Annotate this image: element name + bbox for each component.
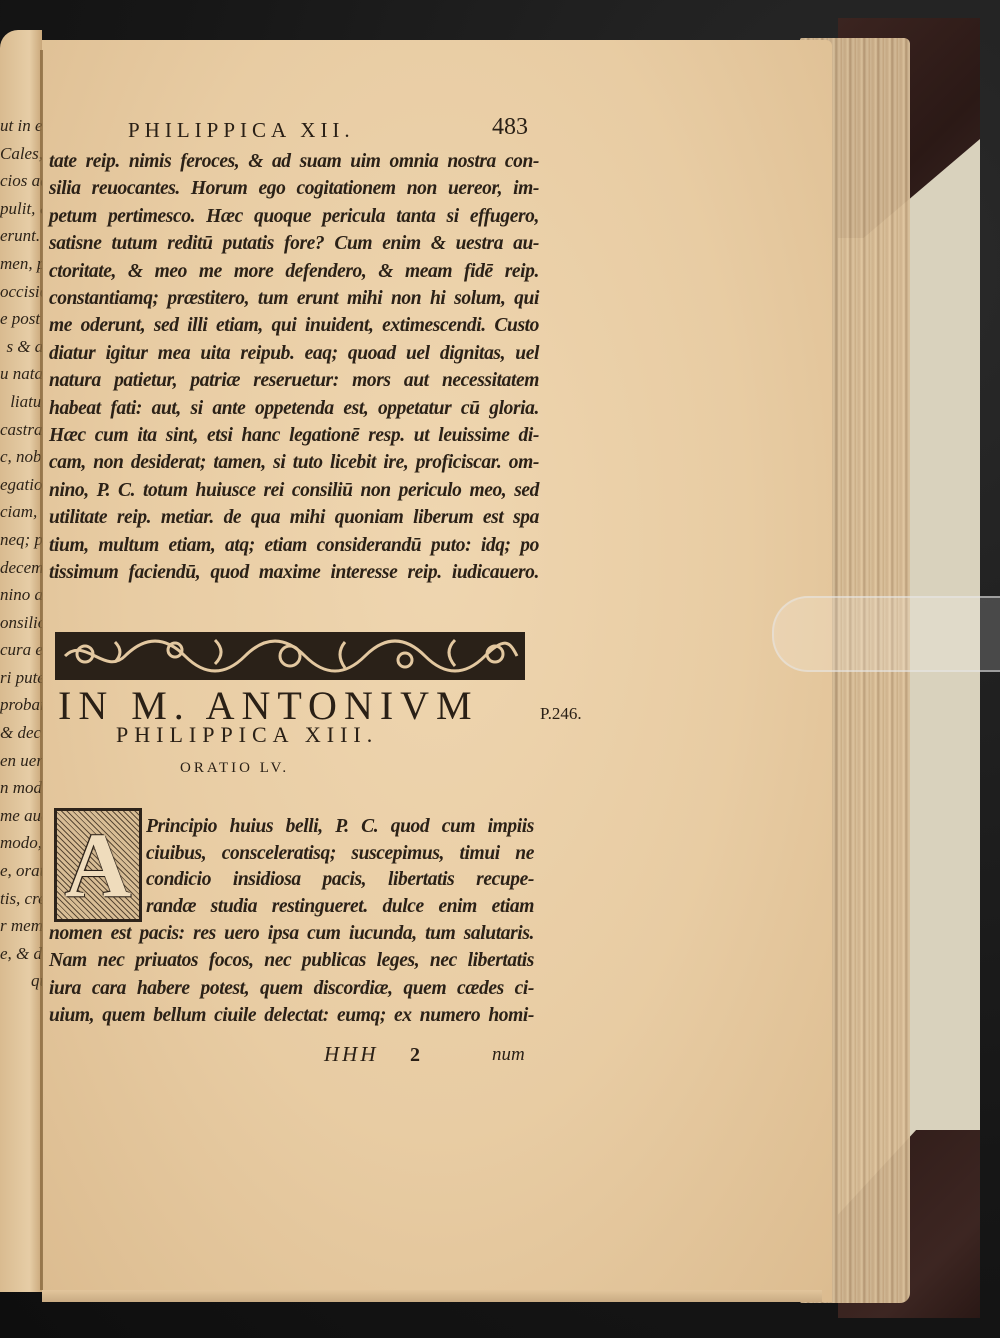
catchword: num [492,1044,525,1066]
verso-line: ut in eam [0,112,42,140]
verso-line: cios adi [0,167,42,195]
text-line: condicio insidiosa pacis, libertatis rec… [146,867,534,894]
text-line: tium, multum etiam, atq; etiam considera… [49,532,539,559]
text-line: constantiamq; præstitero, tum erunt mihi… [49,285,539,312]
verso-line: nino a se [0,581,42,609]
verso-line: decem le [0,554,42,582]
text-line: me oderunt, sed illi etiam, qui inuident… [49,312,539,339]
signature-mark: HHH [324,1042,379,1067]
text-line: Nam nec priuatos focos, nec publicas leg… [49,947,534,974]
verso-page-text: ut in eam Cales, & cios adi pulit, & eru… [0,112,42,995]
verso-line: e post e [0,305,42,333]
signature-number: 2 [410,1044,420,1067]
verso-line: erunt. ut [0,222,42,250]
verso-line: r memori [0,912,42,940]
text-line: habeat fati: aut, si ante oppetenda est,… [49,395,539,422]
text-line: utilitate reip. metiar. de qua mihi quon… [49,504,539,531]
marginal-note: P.246. [540,704,582,724]
page-number: 483 [492,114,528,141]
oration-subtitle: PHILIPPICA XIII. [116,722,378,748]
text-line: iura cara habere potest, quem discordiæ,… [49,975,534,1002]
gutter-fold [40,50,43,1290]
text-line: Principio huius belli, P. C. quod cum im… [146,814,534,841]
verso-line: castram [0,416,42,444]
text-line: nino, P. C. totum huiusce rei consiliū n… [49,477,539,504]
text-line: cam, non desiderat; tamen, si tuto liceb… [49,449,539,476]
verso-line: occisio [0,278,42,306]
page-bottom-edge [42,1290,822,1302]
verso-line: probarem [0,691,42,719]
opening-paragraph-full: nomen est pacis: res uero ipsa cum iucun… [49,920,534,1030]
running-head: PHILIPPICA XII. [128,118,355,143]
initial-letter: A [65,819,131,911]
verso-line: en uerum [0,747,42,775]
text-line: nomen est pacis: res uero ipsa cum iucun… [49,920,534,947]
text-line: tate reip. nimis feroces, & ad suam uim … [49,148,539,175]
verso-line: neq; per [0,526,42,554]
verso-line: c, nobis [0,443,42,471]
text-line: petum pertimesco. Hæc quoque pericula ta… [49,203,539,230]
verso-line: ri putet? [0,664,42,692]
verso-line: e, oratione [0,857,42,885]
verso-line: cura est, [0,636,42,664]
verso-line: tis, creat [0,885,42,913]
text-line: tissimum faciendū, quod maxime interesse… [49,559,539,586]
verso-line: onsilio, ne [0,609,42,637]
page-holder-clip [772,596,1000,672]
text-line: ctoritate, & meo me more defendero, & me… [49,258,539,285]
verso-line: liatur [0,388,42,416]
text-line: uium, quem bellum ciuile delectat: eumq;… [49,1002,534,1029]
headpiece-ornament-icon [55,632,525,680]
verso-line: men, pra [0,250,42,278]
text-line: silia reuocantes. Horum ego cogitationem… [49,175,539,202]
verso-line: s & at [0,333,42,361]
text-line: ciuibus, consceleratisq; suscepimus, tim… [146,841,534,868]
verso-line: modo, ut [0,829,42,857]
verso-line: n modo ac [0,774,42,802]
body-text-continued: tate reip. nimis feroces, & ad suam uim … [49,148,539,587]
woodcut-initial-icon: A [54,808,142,922]
text-line: diatur igitur mea uita reipub. eaq; quoa… [49,340,539,367]
text-line: satisne tutum reditū putatis fore? Cum e… [49,230,539,257]
verso-line: u natal. [0,360,42,388]
text-line: natura patietur, patriæ reseruetur: mors… [49,367,539,394]
verso-line: qu [0,967,42,995]
text-line: Hæc cum ita sint, etsi hanc legationē re… [49,422,539,449]
verso-line: me audi [0,802,42,830]
oration-number: ORATIO LV. [180,760,289,777]
verso-line: pulit, & [0,195,42,223]
verso-line: ciam, qu [0,498,42,526]
opening-paragraph-indented: Principio huius belli, P. C. quod cum im… [146,814,534,920]
verso-line: egation [0,471,42,499]
verso-line: Cales, & [0,140,42,168]
text-line: randæ studia restingueret. dulce enim et… [146,894,534,921]
verso-line: e, & dign [0,940,42,968]
verso-line: & decus [0,719,42,747]
